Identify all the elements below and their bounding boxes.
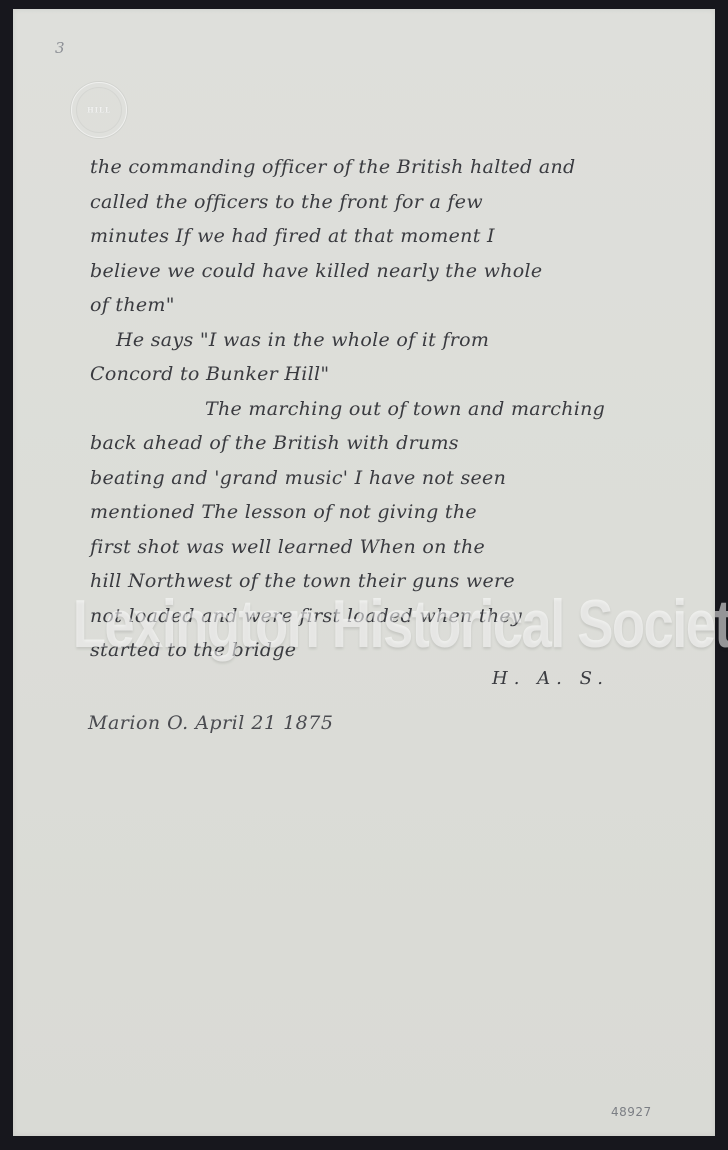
scan-viewer: 3 HILL 48927 the commanding officer of t… bbox=[0, 0, 728, 1150]
embossed-seal-icon: HILL bbox=[71, 82, 127, 138]
text-line: called the officers to the front for a f… bbox=[90, 185, 700, 220]
text-line: of them" bbox=[90, 288, 700, 323]
seal-label: HILL bbox=[87, 106, 111, 115]
text-line: not loaded and were first loaded when th… bbox=[90, 599, 700, 634]
handwritten-body: the commanding officer of the British ha… bbox=[90, 150, 700, 668]
text-line: started to the bridge bbox=[90, 633, 700, 668]
text-line: back ahead of the British with drums bbox=[90, 426, 700, 461]
text-line: the commanding officer of the British ha… bbox=[90, 150, 700, 185]
text-line: minutes If we had fired at that moment I bbox=[90, 219, 700, 254]
text-line: beating and 'grand music' I have not see… bbox=[90, 461, 700, 496]
page-number: 3 bbox=[55, 39, 65, 57]
text-line: The marching out of town and marching bbox=[90, 392, 700, 427]
catalog-number: 48927 bbox=[611, 1105, 652, 1119]
dateline: Marion O. April 21 1875 bbox=[88, 712, 333, 734]
text-line: hill Northwest of the town their guns we… bbox=[90, 564, 700, 599]
text-line: Concord to Bunker Hill" bbox=[90, 357, 700, 392]
text-line: first shot was well learned When on the bbox=[90, 530, 700, 565]
signature-initials: H. A. S. bbox=[492, 668, 609, 689]
text-line: He says "I was in the whole of it from bbox=[90, 323, 700, 358]
text-line: mentioned The lesson of not giving the bbox=[90, 495, 700, 530]
text-line: believe we could have killed nearly the … bbox=[90, 254, 700, 289]
